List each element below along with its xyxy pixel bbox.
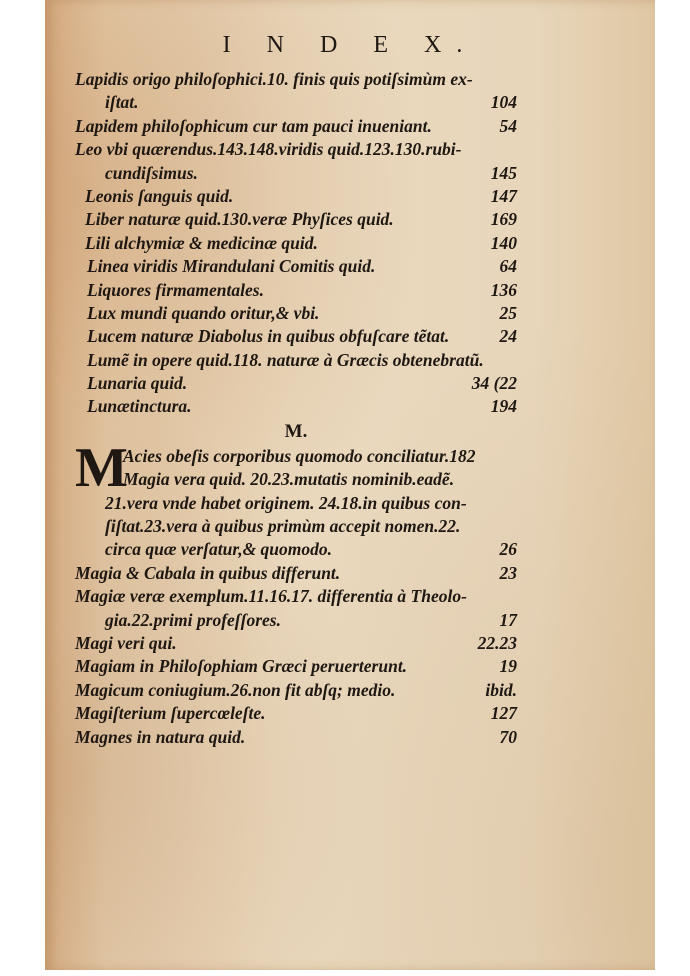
- entry-page: 127: [491, 702, 517, 725]
- entry-text: Leo vbi quærendus.143.148.viridis quid.1…: [75, 138, 462, 161]
- index-entry: Magiſterium ſupercœleſte.127: [75, 702, 517, 725]
- entry-page: 34 (22: [472, 372, 517, 395]
- index-entry: Leonis ſanguis quid.147: [75, 185, 517, 208]
- entry-text: Lapidis origo philoſophici.10. finis qui…: [75, 68, 473, 91]
- index-entry: Magnes in natura quid.70: [75, 726, 517, 749]
- index-entry-continuation: iſtat.104: [75, 91, 517, 114]
- entry-page: 17: [500, 609, 518, 632]
- entry-text: Lili alchymiæ & medicinæ quid.: [85, 232, 318, 255]
- index-list: Lapidis origo philoſophici.10. finis qui…: [75, 68, 517, 749]
- entry-text: Liquores firmamentales.: [87, 279, 264, 302]
- index-entry: Linea viridis Mirandulani Comitis quid.6…: [75, 255, 517, 278]
- index-entry: Magia & Cabala in quibus differunt.23: [75, 562, 517, 585]
- entry-text: Magnes in natura quid.: [75, 726, 245, 749]
- entry-text: gia.22.primi profeſſores.: [105, 609, 281, 632]
- index-entry: Lunætinctura.194: [75, 395, 517, 418]
- entry-text: Lucem naturæ Diabolus in quibus obfuſcar…: [87, 325, 449, 348]
- index-entry: Magiam in Philoſophiam Græci peruerterun…: [75, 655, 517, 678]
- entry-text: Lux mundi quando oritur,& vbi.: [87, 302, 319, 325]
- index-entry: Leo vbi quærendus.143.148.viridis quid.1…: [75, 138, 517, 161]
- index-entry: Lumẽ in opere quid.118. naturæ à Græcis …: [75, 349, 517, 372]
- entry-page: 70: [500, 726, 518, 749]
- index-entry: Lapidis origo philoſophici.10. finis qui…: [75, 68, 517, 91]
- index-entry: Lucem naturæ Diabolus in quibus obfuſcar…: [75, 325, 517, 348]
- book-page: I N D E X. Lapidis origo philoſophici.10…: [45, 0, 655, 970]
- entry-text: Linea viridis Mirandulani Comitis quid.: [87, 255, 375, 278]
- index-entry-continuation: circa quæ verſatur,& quomodo.26: [75, 538, 517, 561]
- entry-text: Magicum coniugium.26.non fit abſq; medio…: [75, 679, 395, 702]
- entry-page: 23: [500, 562, 518, 585]
- entry-page: 24: [500, 325, 518, 348]
- entry-text: Magia & Cabala in quibus differunt.: [75, 562, 340, 585]
- index-entry: Magia vera quid. 20.23.mutatis nominib.e…: [75, 468, 517, 491]
- entry-text: ſiſtat.23.vera à quibus primùm accepit n…: [105, 515, 460, 538]
- entry-page: 26: [500, 538, 518, 561]
- entry-text: Lumẽ in opere quid.118. naturæ à Græcis …: [87, 349, 484, 372]
- index-entry: Liquores firmamentales.136: [75, 279, 517, 302]
- entry-page: 22.23: [478, 632, 517, 655]
- entry-page: 145: [491, 162, 517, 185]
- entry-text: Lunætinctura.: [87, 395, 192, 418]
- entry-page: 19: [500, 655, 518, 678]
- index-entry-continuation: cundiſsimus.145: [75, 162, 517, 185]
- index-entry: Magi veri qui.22.23: [75, 632, 517, 655]
- entry-page: 64: [500, 255, 518, 278]
- index-entry: Magiæ veræ exemplum.11.16.17. differenti…: [75, 585, 517, 608]
- index-entry-continuation: ſiſtat.23.vera à quibus primùm accepit n…: [75, 515, 517, 538]
- entry-text: Liber naturæ quid.130.veræ Phyſices quid…: [85, 208, 394, 231]
- entry-text: Magi veri qui.: [75, 632, 177, 655]
- entry-text: Magiam in Philoſophiam Græci peruerterun…: [75, 655, 407, 678]
- index-entry: Lunaria quid.34 (22: [75, 372, 517, 395]
- index-entry-continuation: gia.22.primi profeſſores.17: [75, 609, 517, 632]
- section-heading-m: M.: [75, 419, 517, 445]
- index-entry: Magicum coniugium.26.non fit abſq; medio…: [75, 679, 517, 702]
- entry-text: Acies obeſis corporibus quomodo concilia…: [123, 445, 475, 468]
- entry-text: Magia vera quid. 20.23.mutatis nominib.e…: [123, 468, 454, 491]
- entry-page: 25: [500, 302, 518, 325]
- index-entry-continuation: 21.vera vnde habet originem. 24.18.in qu…: [75, 492, 517, 515]
- entry-page: 140: [491, 232, 517, 255]
- entry-page: 54: [500, 115, 518, 138]
- entry-text: 21.vera vnde habet originem. 24.18.in qu…: [105, 492, 467, 515]
- entry-page: 194: [491, 395, 517, 418]
- index-entry: Lux mundi quando oritur,& vbi.25: [75, 302, 517, 325]
- index-entry: Acies obeſis corporibus quomodo concilia…: [75, 445, 517, 468]
- entry-page: 169: [491, 208, 517, 231]
- section-m-block: M Acies obeſis corporibus quomodo concil…: [75, 445, 517, 749]
- entry-page: 104: [491, 91, 517, 114]
- entry-text: Magiſterium ſupercœleſte.: [75, 702, 266, 725]
- entry-text: Lunaria quid.: [87, 372, 187, 395]
- index-entry: Lili alchymiæ & medicinæ quid.140: [75, 232, 517, 255]
- entry-text: Leonis ſanguis quid.: [85, 185, 233, 208]
- entry-text: Lapidem philoſophicum cur tam pauci inue…: [75, 115, 432, 138]
- entry-text: circa quæ verſatur,& quomodo.: [105, 538, 332, 561]
- entry-page: 147: [491, 185, 517, 208]
- page-title: I N D E X.: [45, 32, 655, 59]
- entry-text: iſtat.: [105, 91, 139, 114]
- index-entry: Lapidem philoſophicum cur tam pauci inue…: [75, 115, 517, 138]
- index-entry: Liber naturæ quid.130.veræ Phyſices quid…: [75, 208, 517, 231]
- entry-text: cundiſsimus.: [105, 162, 198, 185]
- entry-page: ibid.: [485, 679, 517, 702]
- entry-page: 136: [491, 279, 517, 302]
- entry-text: Magiæ veræ exemplum.11.16.17. differenti…: [75, 585, 467, 608]
